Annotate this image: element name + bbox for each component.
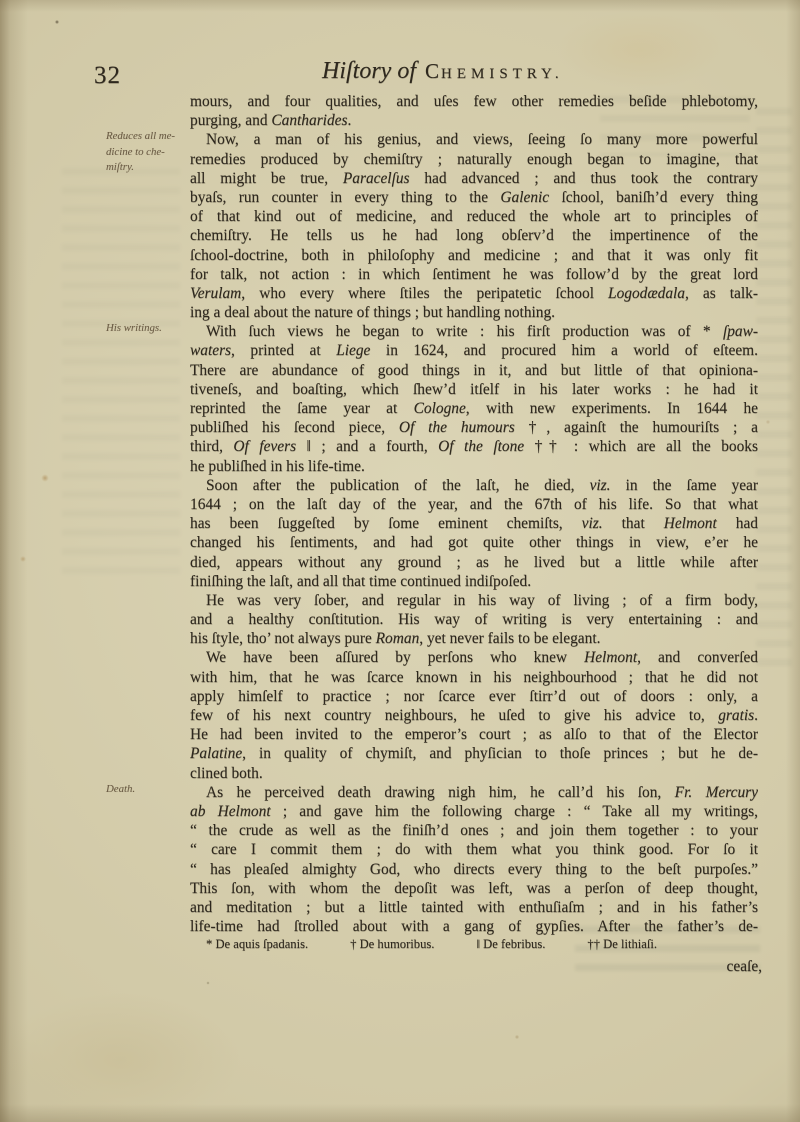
text-line: for talk, not action : in which ſentimen…	[190, 265, 758, 284]
text-line: and meditation ; but a little tainted wi…	[190, 898, 758, 917]
text-line: tiveneſs, and boaſting, which ſhew’d itſ…	[190, 380, 758, 399]
page: 32 Hiſtory of C HEMISTRY. mours, and fou…	[0, 0, 800, 1122]
footnote-item: †† De lithiaſi.	[587, 937, 657, 952]
text-line: mours, and four qualities, and uſes few …	[190, 92, 758, 111]
text-line: purging, and Cantharides.	[190, 111, 758, 130]
paragraph: Now, a man of his genius, and views, ſee…	[190, 130, 758, 322]
text-line: clined both.	[190, 764, 758, 783]
text-block: mours, and four qualities, and uſes few …	[190, 92, 758, 936]
text-line: with him, that he was ſcarce known in hi…	[190, 668, 758, 687]
text-line: byaſs, run counter in every thing to the…	[190, 188, 758, 207]
text-line: publiſhed his ſecond piece, Of the humou…	[190, 418, 758, 437]
text-line: apply himſelf to practice ; nor ſcarce e…	[190, 687, 758, 706]
text-line: of that kind out of medicine, and reduce…	[190, 207, 758, 226]
margin-note-line: Death.	[106, 782, 186, 797]
text-line: ab Helmont ; and gave him the following …	[190, 802, 758, 821]
text-line: “ the crude as well as the finiſh’d ones…	[190, 821, 758, 840]
paragraph: As he perceived death drawing nigh him, …	[190, 783, 758, 937]
text-line: few of his next country neighbours, he u…	[190, 706, 758, 725]
text-line: Soon after the publication of the laſt, …	[190, 476, 758, 495]
margin-note: Reduces all me-dicine to che-miſtry.	[106, 129, 186, 175]
text-line: He had been invited to the emperor’s cou…	[190, 725, 758, 744]
text-line: third, Of fevers ‖ ; and a fourth, Of th…	[190, 437, 758, 456]
text-line: Palatine, in quality of chymiſt, and phy…	[190, 744, 758, 763]
text-line: he publiſhed in his life-time.	[190, 457, 758, 476]
margin-note-line: dicine to che-	[106, 145, 186, 160]
margin-note-line: His writings.	[106, 321, 186, 336]
text-line: has been ſuggeſted by ſome eminent chemi…	[190, 514, 758, 533]
running-header-caps-rest: HEMISTRY.	[441, 66, 564, 83]
margin-note-line: miſtry.	[106, 160, 186, 175]
text-line: Verulam, who every where ſtiles the peri…	[190, 284, 758, 303]
text-line: With ſuch views he began to write : his …	[190, 322, 758, 341]
text-line: ing a deal about the nature of things ; …	[190, 303, 758, 322]
text-line: waters, printed at Liege in 1624, and pr…	[190, 341, 758, 360]
text-line: remedies produced by chemiſtry ; natural…	[190, 150, 758, 169]
footnote-item: † De humoribus.	[350, 937, 434, 952]
text-line: died, appears without any ground ; as he…	[190, 553, 758, 572]
footnote-item: ‖ De febribus.	[476, 937, 545, 952]
paragraph: With ſuch views he began to write : his …	[190, 322, 758, 476]
footnote-item: * De aquis ſpadanis.	[206, 937, 308, 952]
text-line: “ has pleaſed almighty God, who directs …	[190, 860, 758, 879]
text-line: life-time had ſtrolled about with a gang…	[190, 917, 758, 936]
text-line: 1644 ; on the laſt day of the year, and …	[190, 495, 758, 514]
text-line: There are abundance of good things in it…	[190, 361, 758, 380]
catchword: ceaſe,	[727, 958, 762, 976]
text-line: This ſon, with whom the depoſit was left…	[190, 879, 758, 898]
text-line: “ care I commit them ; do with them what…	[190, 840, 758, 859]
text-line: all might be true, Paracelſus had advanc…	[190, 169, 758, 188]
paragraph: We have been aſſured by perſons who knew…	[190, 648, 758, 782]
text-line: his ſtyle, tho’ not always pure Roman, y…	[190, 629, 758, 648]
running-header-caps-initial: C	[425, 59, 441, 84]
text-line: chemiſtry. He tells us he had long obſer…	[190, 226, 758, 245]
paragraph: Soon after the publication of the laſt, …	[190, 476, 758, 591]
running-header-italic: Hiſtory of	[322, 58, 416, 85]
text-line: finiſhing the laſt, and all that time co…	[190, 572, 758, 591]
footnotes: * De aquis ſpadanis.† De humoribus.‖ De …	[190, 937, 758, 952]
text-line: and a healthy conſtitution. His way of w…	[190, 610, 758, 629]
margin-note-line: Reduces all me-	[106, 129, 186, 144]
running-header: Hiſtory of C HEMISTRY.	[322, 58, 564, 85]
margin-note: Death.	[106, 782, 186, 797]
text-line: As he perceived death drawing nigh him, …	[190, 783, 758, 802]
page-number: 32	[94, 62, 121, 90]
margin-note: His writings.	[106, 321, 186, 336]
paragraph: He was very ſober, and regular in his wa…	[190, 591, 758, 649]
paragraph: mours, and four qualities, and uſes few …	[190, 92, 758, 130]
text-line: ſchool-doctrine, both in philoſophy and …	[190, 246, 758, 265]
text-line: changed his ſentiments, and had got quit…	[190, 533, 758, 552]
text-line: He was very ſober, and regular in his wa…	[190, 591, 758, 610]
showthrough-right-margin	[756, 108, 792, 668]
text-line: Now, a man of his genius, and views, ſee…	[190, 130, 758, 149]
text-line: reprinted the ſame year at Cologne, with…	[190, 399, 758, 418]
showthrough-left-margin	[62, 168, 180, 578]
text-line: We have been aſſured by perſons who knew…	[190, 648, 758, 667]
